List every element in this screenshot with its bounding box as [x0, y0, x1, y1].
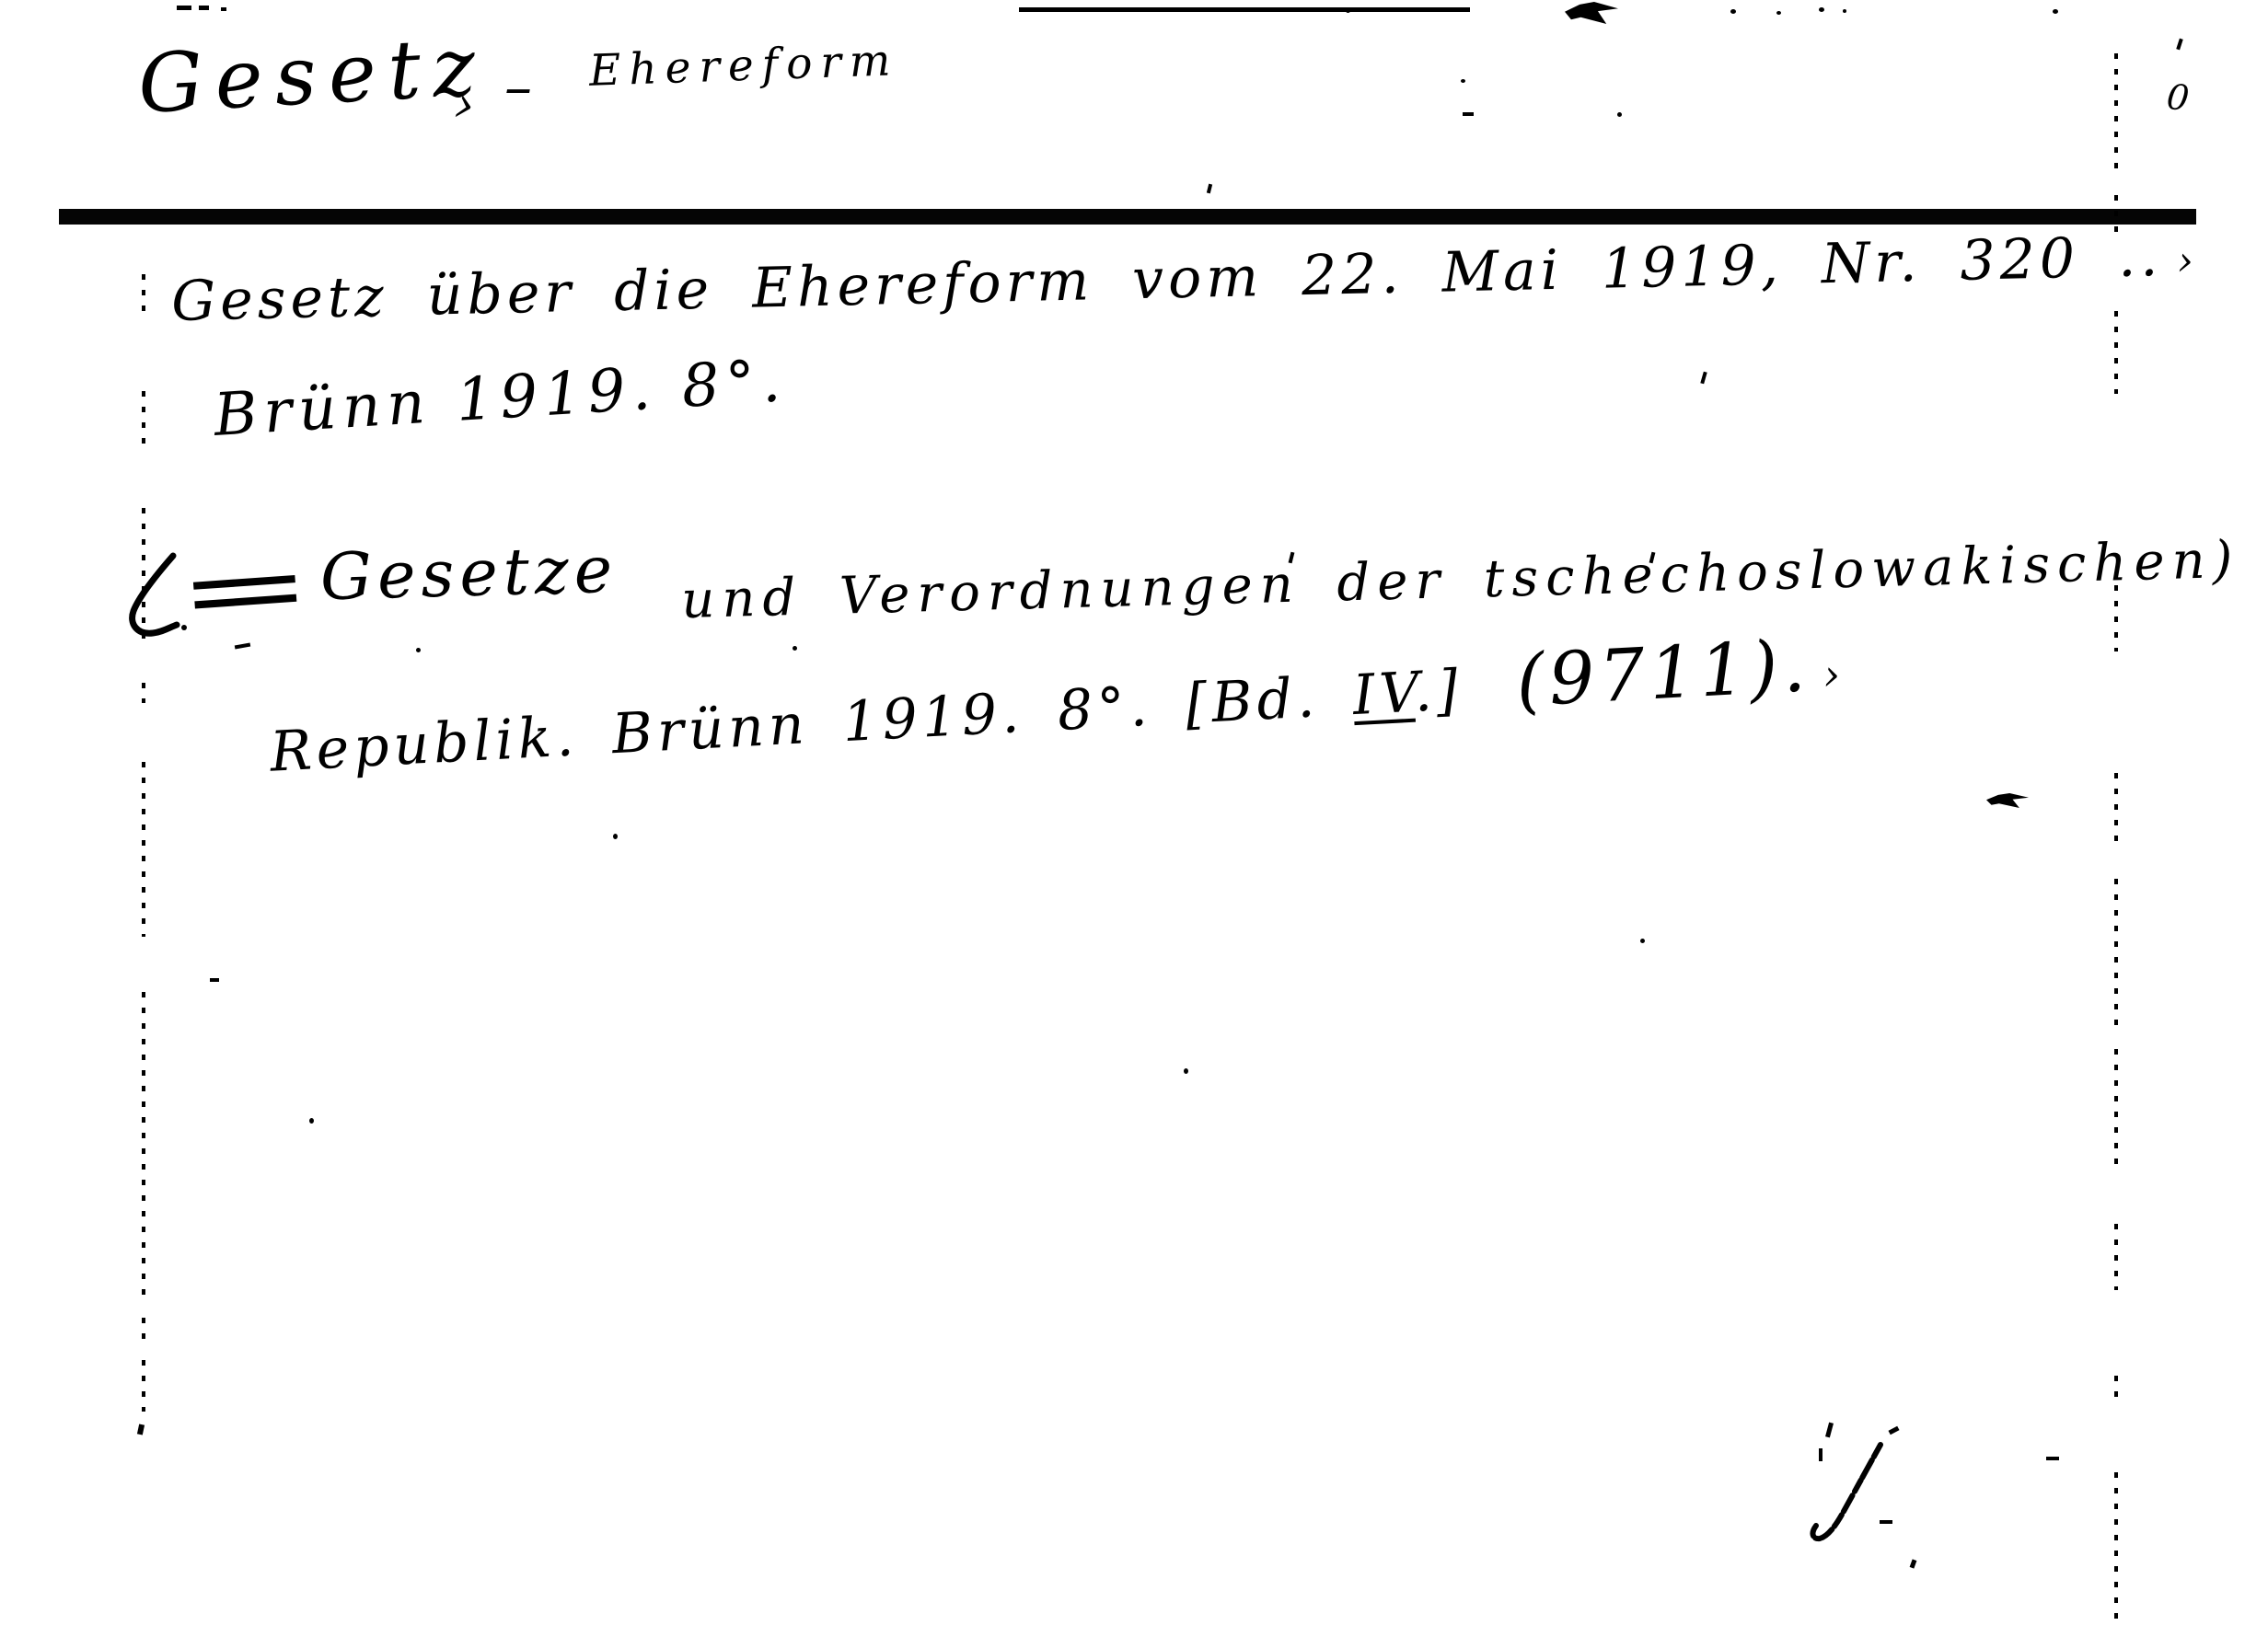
entry2-line1-text: und Verordnungen der tschechoslowakische…: [680, 531, 2213, 631]
heading-cross-reference: Ehereform: [588, 35, 899, 97]
left-margin-dotted-line: [142, 391, 145, 444]
ink-speck: [1640, 939, 1645, 943]
scan-artifact-dot: [2053, 9, 2058, 14]
ink-speck: [793, 646, 797, 651]
entry2-shelf-number: (9711).: [1514, 625, 1811, 723]
right-margin-dotted-line: [2114, 1049, 2118, 1169]
right-margin-dotted-line: [2114, 195, 2118, 234]
right-margin-dotted-line: [2114, 1472, 2118, 1621]
entry2-line2: Republik. Brünn 1919. 8°. [Bd. IV.] (971…: [268, 623, 1846, 789]
entry2-line1-paren-mark: ): [2212, 530, 2241, 591]
left-margin-dotted-line: [142, 992, 145, 1296]
entry2-line1-rest: und Verordnungen der tschechoslowakische…: [680, 530, 2240, 630]
left-margin-dotted-line: [142, 1360, 145, 1412]
right-margin-dotted-line: [2114, 311, 2118, 394]
entry2-title-lead: Gesetze: [319, 532, 619, 615]
ink-tick: [2176, 39, 2183, 51]
entry2-line2-bracket: .]: [1413, 658, 1464, 725]
entry2-line2-insert-mark: ›: [1822, 649, 1846, 699]
ink-tick: [1819, 1448, 1822, 1461]
scan-artifact-dash: [221, 7, 226, 11]
scan-artifact-dash: [199, 6, 209, 10]
entry1-line1-text: Gesetz über die Ehereform vom 22. Mai 19…: [170, 225, 2162, 334]
ink-smudge-arrow: [1986, 793, 2029, 808]
entry2-volume-numeral: IV: [1351, 661, 1416, 728]
ink-speck: [1461, 79, 1465, 83]
scan-artifact-smudge: [1565, 2, 1618, 24]
ink-speck: [1617, 112, 1622, 117]
right-margin-dotted-line: [2114, 53, 2118, 171]
right-margin-dotted-line: [2114, 1376, 2118, 1401]
scan-artifact-dot: [1730, 9, 1736, 14]
heading-dash: –: [504, 55, 532, 120]
ink-speck: [1184, 1068, 1188, 1074]
catalog-card: Gesetz › – Ehereform 0 Gesetz über die E…: [0, 0, 2268, 1637]
scan-artifact-dot: [1843, 9, 1846, 13]
left-margin-dotted-line: [142, 1318, 145, 1347]
right-margin-dotted-line: [2114, 773, 2118, 847]
ink-speck: [613, 834, 618, 839]
header-rule: [59, 209, 2196, 225]
right-margin-dotted-line: [2114, 585, 2118, 651]
left-margin-dotted-line: [142, 508, 145, 646]
corner-mark: 0: [2165, 76, 2192, 119]
scan-artifact-dash: [177, 6, 191, 10]
scan-artifact-line: [1019, 7, 1470, 12]
entry1-line2: Brünn 1919. 8°.: [212, 347, 789, 450]
ink-dash: [210, 978, 219, 982]
ink-tick: [1700, 372, 1707, 385]
left-margin-end-tick: [137, 1424, 145, 1435]
ink-dash: [2046, 1457, 2059, 1460]
left-margin-dotted-line: [142, 683, 145, 703]
scan-artifact-dot: [1776, 11, 1781, 15]
entry1-line1: Gesetz über die Ehereform vom 22. Mai 19…: [170, 224, 2198, 334]
scan-artifact-dot: [1312, 7, 1319, 12]
ink-tick: [1207, 184, 1212, 194]
scan-artifact-dot: [1346, 9, 1350, 13]
ink-speck: [309, 1118, 314, 1124]
ink-dash: [1880, 1520, 1892, 1524]
bottom-right-pen-stroke: [1790, 1406, 1947, 1572]
left-margin-dotted-line: [142, 762, 145, 937]
heading-term: Gesetz: [136, 18, 490, 132]
right-margin-dotted-line: [2114, 879, 2118, 1031]
scan-artifact-dot: [1819, 7, 1824, 12]
right-margin-dotted-line: [2114, 1224, 2118, 1290]
ink-dash: [1463, 112, 1474, 116]
entry1-line1-insert-mark: ›: [2177, 237, 2199, 284]
left-margin-dotted-line: [142, 274, 145, 320]
ink-speck: [416, 648, 421, 652]
entry2-line2-imprint: Republik. Brünn 1919. 8°. [Bd.: [269, 665, 1321, 785]
entry2-repeat-mark: =: [173, 528, 317, 650]
